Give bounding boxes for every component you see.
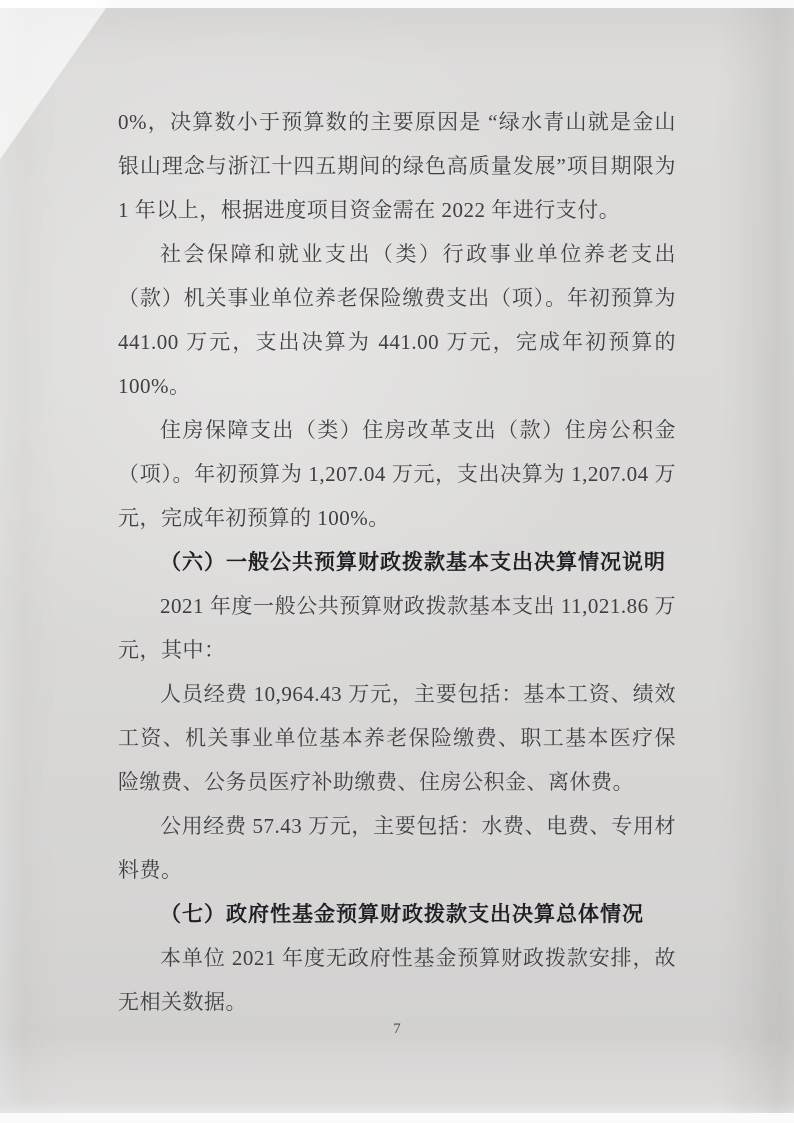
scan-corner-artifact bbox=[0, 0, 120, 188]
paragraph-basic-expenditure-total: 2021 年度一般公共预算财政拨款基本支出 11,021.86 万元，其中： bbox=[118, 584, 676, 672]
page-number: 7 bbox=[0, 1021, 794, 1038]
paragraph-housing-security-expenditure: 住房保障支出（类）住房改革支出（款）住房公积金（项）。年初预算为 1,207.0… bbox=[118, 408, 676, 540]
section-heading-7-government-fund: （七）政府性基金预算财政拨款支出决算总体情况 bbox=[118, 892, 676, 936]
paragraph-personnel-funds: 人员经费 10,964.43 万元，主要包括：基本工资、绩效工资、机关事业单位基… bbox=[118, 672, 676, 804]
section-heading-6-basic-expenditure: （六）一般公共预算财政拨款基本支出决算情况说明 bbox=[118, 540, 676, 584]
paragraph-no-government-fund-data: 本单位 2021 年度无政府性基金预算财政拨款安排，故无相关数据。 bbox=[118, 936, 676, 1024]
paragraph-project-payment-reason: 0%，决算数小于预算数的主要原因是 “绿水青山就是金山银山理念与浙江十四五期间的… bbox=[118, 100, 676, 232]
paragraph-social-security-expenditure: 社会保障和就业支出（类）行政事业单位养老支出（款）机关事业单位养老保险缴费支出（… bbox=[118, 232, 676, 408]
document-page: 0%，决算数小于预算数的主要原因是 “绿水青山就是金山银山理念与浙江十四五期间的… bbox=[0, 8, 794, 1113]
paragraph-public-funds: 公用经费 57.43 万元，主要包括：水费、电费、专用材料费。 bbox=[118, 804, 676, 892]
page-content: 0%，决算数小于预算数的主要原因是 “绿水青山就是金山银山理念与浙江十四五期间的… bbox=[118, 100, 676, 1024]
